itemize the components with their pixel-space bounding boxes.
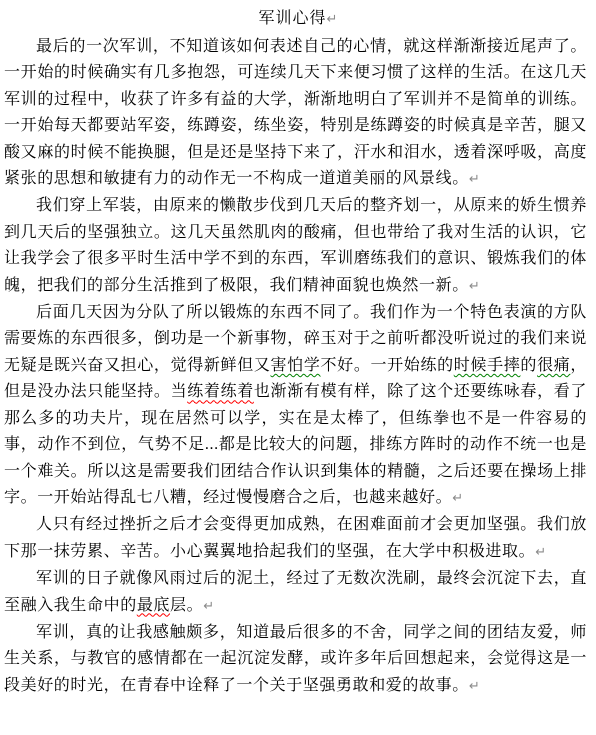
paragraph: 后面几天因为分队了所以锻炼的东西不同了。我们作为一个特色表演的方队需要炼的东西很… [0,300,596,512]
paragraph: 最后的一次军训，不知道该如何表述自己的心情，就这样渐渐接近尾声了。一开始的时候确… [0,34,596,193]
document-canvas[interactable]: 军训心得↵ 最后的一次军训，不知道该如何表述自己的心情，就这样渐渐接近尾声了。一… [0,0,596,735]
paragraph-mark: ↵ [469,172,480,187]
body-text: 的 [520,357,537,374]
spelling-flagged-text: 最底 [137,597,170,614]
document-title: 军训心得↵ [0,6,596,33]
body-text: 军训，真的让我感触颇多，知道最后很多的不舍，同学之间的团结友爱，师生关系，与教官… [4,624,587,694]
paragraph-mark: ↵ [535,545,546,560]
body-text: 军训的日子就像风雨过后的泥土，经过了无数次洗刷，最终会沉淀下去，直至融入我生命中… [4,570,587,613]
grammar-flagged-text: 很痛 [537,357,570,374]
body-text: 不好。一开始练的 [321,357,454,374]
paragraph-mark: ↵ [469,679,480,694]
body-text: 最后的一次军训，不知道该如何表述自己的心情，就这样渐渐接近尾声了。一开始的时候确… [4,38,587,187]
paragraph: 我们穿上军装，由原来的懒散步伐到几天后的整齐划一，从原来的娇生惯养到几天后的坚强… [0,193,596,300]
paragraph: 人只有经过挫折之后才会变得更加成熟，在困难面前才会更加坚强。我们放下那一抹劳累、… [0,512,596,566]
paragraph: 军训的日子就像风雨过后的泥土，经过了无数次洗刷，最终会沉淀下去，直至融入我生命中… [0,566,596,620]
paragraph: 军训，真的让我感触颇多，知道最后很多的不舍，同学之间的团结友爱，师生关系，与教官… [0,620,596,700]
paragraph-mark: ↵ [327,12,338,27]
paragraph-mark: ↵ [203,599,214,614]
paragraph-mark: ↵ [469,279,480,294]
grammar-flagged-text: 害怕学 [271,357,321,374]
body-text: 也渐渐有模有样，除了这个还要练咏春，看了那么多的功夫片，现在居然可以学，实在是太… [4,383,587,506]
body-text: 层。 [170,597,203,614]
document-body: 最后的一次军训，不知道该如何表述自己的心情，就这样渐渐接近尾声了。一开始的时候确… [0,34,596,700]
grammar-flagged-text: 时候手摔 [454,357,521,374]
document-title-text: 军训心得 [259,10,327,27]
paragraph-mark: ↵ [452,491,463,506]
body-text: 我们穿上军装，由原来的懒散步伐到几天后的整齐划一，从原来的娇生惯养到几天后的坚强… [4,197,587,293]
spelling-flagged-text: 练着练着 [187,383,254,400]
body-text: 人只有经过挫折之后才会变得更加成熟，在困难面前才会更加坚强。我们放下那一抹劳累、… [4,516,587,559]
